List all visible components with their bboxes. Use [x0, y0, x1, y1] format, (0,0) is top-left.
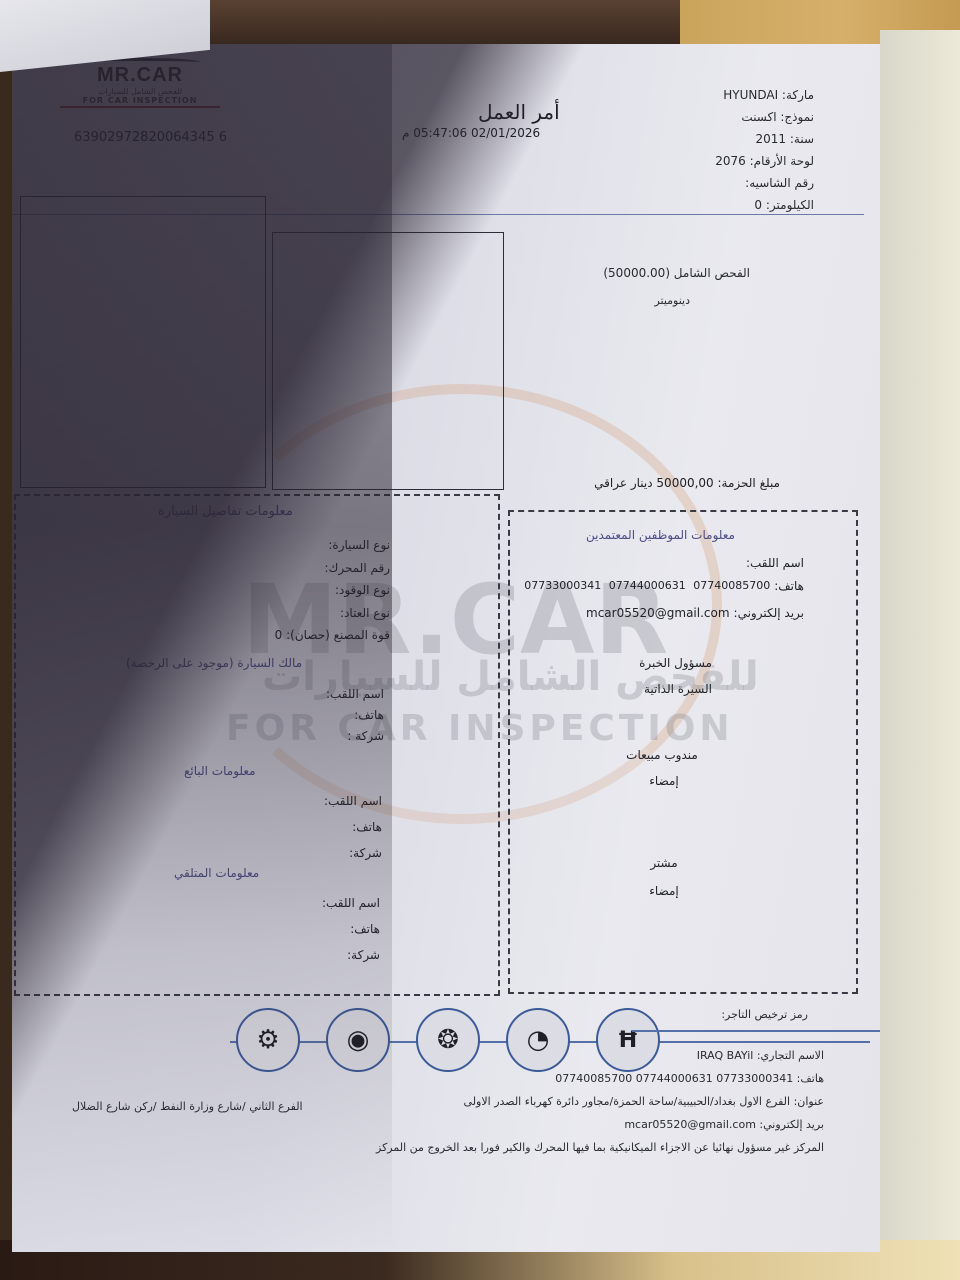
car-chassis: رقم الشاسيه: [614, 172, 814, 194]
staff-email-row: بريد إلكتروني: mcar05520@gmail.com [586, 606, 804, 620]
fuel-type-field: نوع الوقود: [275, 579, 390, 602]
seller-fields: اسم اللقب: هاتف: شركة: [324, 788, 382, 866]
expert-label: مسؤول الخبرة [632, 656, 712, 670]
owner-company-field: شركة : [326, 726, 384, 747]
buyer-signature: إمضاء [624, 884, 704, 898]
trade-name: الاسم التجاري: IRAQ BAYil [376, 1044, 824, 1067]
seller-company-field: شركة: [324, 840, 382, 866]
logo-english-text: FOR CAR INSPECTION [60, 96, 220, 108]
owner-fields: اسم اللقب: هاتف: شركة : [326, 684, 384, 747]
footer-address: عنوان: الفرع الاول بغداد/الحبيبية/ساحة ا… [376, 1090, 824, 1113]
receiver-company-field: شركة: [322, 942, 380, 968]
owner-name-field: اسم اللقب: [326, 684, 384, 705]
owner-phone-field: هاتف: [326, 705, 384, 726]
staff-name-label: اسم اللقب: [746, 556, 804, 570]
engine-number-field: رقم المحرك: [275, 557, 390, 580]
footer-disclaimer: المركز غير مسؤول نهائيا عن الاجزاء الميك… [376, 1136, 824, 1159]
staff-phone-row: هاتف: 07733000341 07744000631 0774008570… [524, 579, 804, 593]
document-datetime: 02/01/2026 05:47:06 م [402, 126, 540, 140]
photo-box-1 [20, 196, 266, 488]
sales-rep-signature: إمضاء [624, 774, 704, 788]
logo-main-text: MR.CAR [60, 64, 220, 87]
car-year: سنة: 2011 [614, 128, 814, 150]
car-type-field: نوع السيارة: [275, 534, 390, 557]
reference-number: 63902972820064345 6 [74, 130, 227, 145]
seller-title: معلومات البائع [184, 764, 256, 778]
logo-arabic-text: للفحص الشامل للسيارات [60, 87, 220, 96]
engine-icon: ⚙ [236, 1008, 300, 1072]
receiver-phone-field: هاتف: [322, 916, 380, 942]
sales-rep-label: مندوب مبيعات [612, 748, 712, 762]
staff-email: mcar05520@gmail.com [586, 606, 730, 620]
receiver-name-field: اسم اللقب: [322, 890, 380, 916]
staff-email-label: بريد إلكتروني: [734, 606, 804, 620]
cv-label: السيرة الذاتية [632, 682, 712, 696]
document-title: أمر العمل [478, 100, 560, 124]
car-details-fields: نوع السيارة: رقم المحرك: نوع الوقود: نوع… [275, 534, 390, 647]
staff-phone-label: هاتف: [774, 579, 804, 593]
buyer-label: مشتر [624, 856, 704, 870]
car-brand: ماركة: HYUNDAI [614, 84, 814, 106]
service-item: الفحص الشامل (50000.00) [603, 266, 750, 280]
car-plate: لوحة الأرقام: 2076 [614, 150, 814, 172]
car-model: نموذج: اكسنت [614, 106, 814, 128]
car-odometer: الكيلومتر: 0 [614, 194, 814, 216]
staff-title: معلومات الموظفين المعتمدين [586, 528, 735, 542]
photo-box-2 [272, 232, 504, 490]
footer-contact: الاسم التجاري: IRAQ BAYil هاتف: 07733000… [376, 1044, 824, 1159]
second-branch-address: الفرع الثاني /شارع وزارة النفط /ركن شارع… [72, 1100, 303, 1113]
receiver-title: معلومات المتلقي [174, 866, 259, 880]
car-summary: ماركة: HYUNDAI نموذج: اكسنت سنة: 2011 لو… [614, 84, 814, 216]
footer-phones: هاتف: 07733000341 07744000631 0774008570… [376, 1067, 824, 1090]
horsepower-field: قوة المصنع (حصان): 0 [275, 624, 390, 647]
receiver-fields: اسم اللقب: هاتف: شركة: [322, 890, 380, 968]
transmission-field: نوع العتاد: [275, 602, 390, 625]
footer-divider [632, 1030, 880, 1032]
work-order-sheet: MR.CAR للفحص الشامل للسيارات FOR CAR INS… [12, 44, 880, 1252]
car-details-title: معلومات تفاصيل السيارة [158, 504, 293, 519]
dealer-license-code: رمز ترخيص التاجر: [721, 1008, 808, 1021]
service-sub-item: دينوميتر [654, 294, 690, 307]
company-logo: MR.CAR للفحص الشامل للسيارات FOR CAR INS… [60, 58, 220, 108]
background-paper-stack [880, 30, 960, 1270]
car-details-panel [14, 494, 500, 996]
seller-phone-field: هاتف: [324, 814, 382, 840]
package-amount: مبلغ الحزمة: 50000,00 دينار عراقي [594, 476, 780, 490]
footer-email: بريد إلكتروني: mcar05520@gmail.com [376, 1113, 824, 1136]
seller-name-field: اسم اللقب: [324, 788, 382, 814]
staff-phones: 07733000341 07744000631 07740085700 [524, 579, 770, 593]
owner-title: مالك السيارة (موجود على الرخصة) [126, 656, 302, 670]
